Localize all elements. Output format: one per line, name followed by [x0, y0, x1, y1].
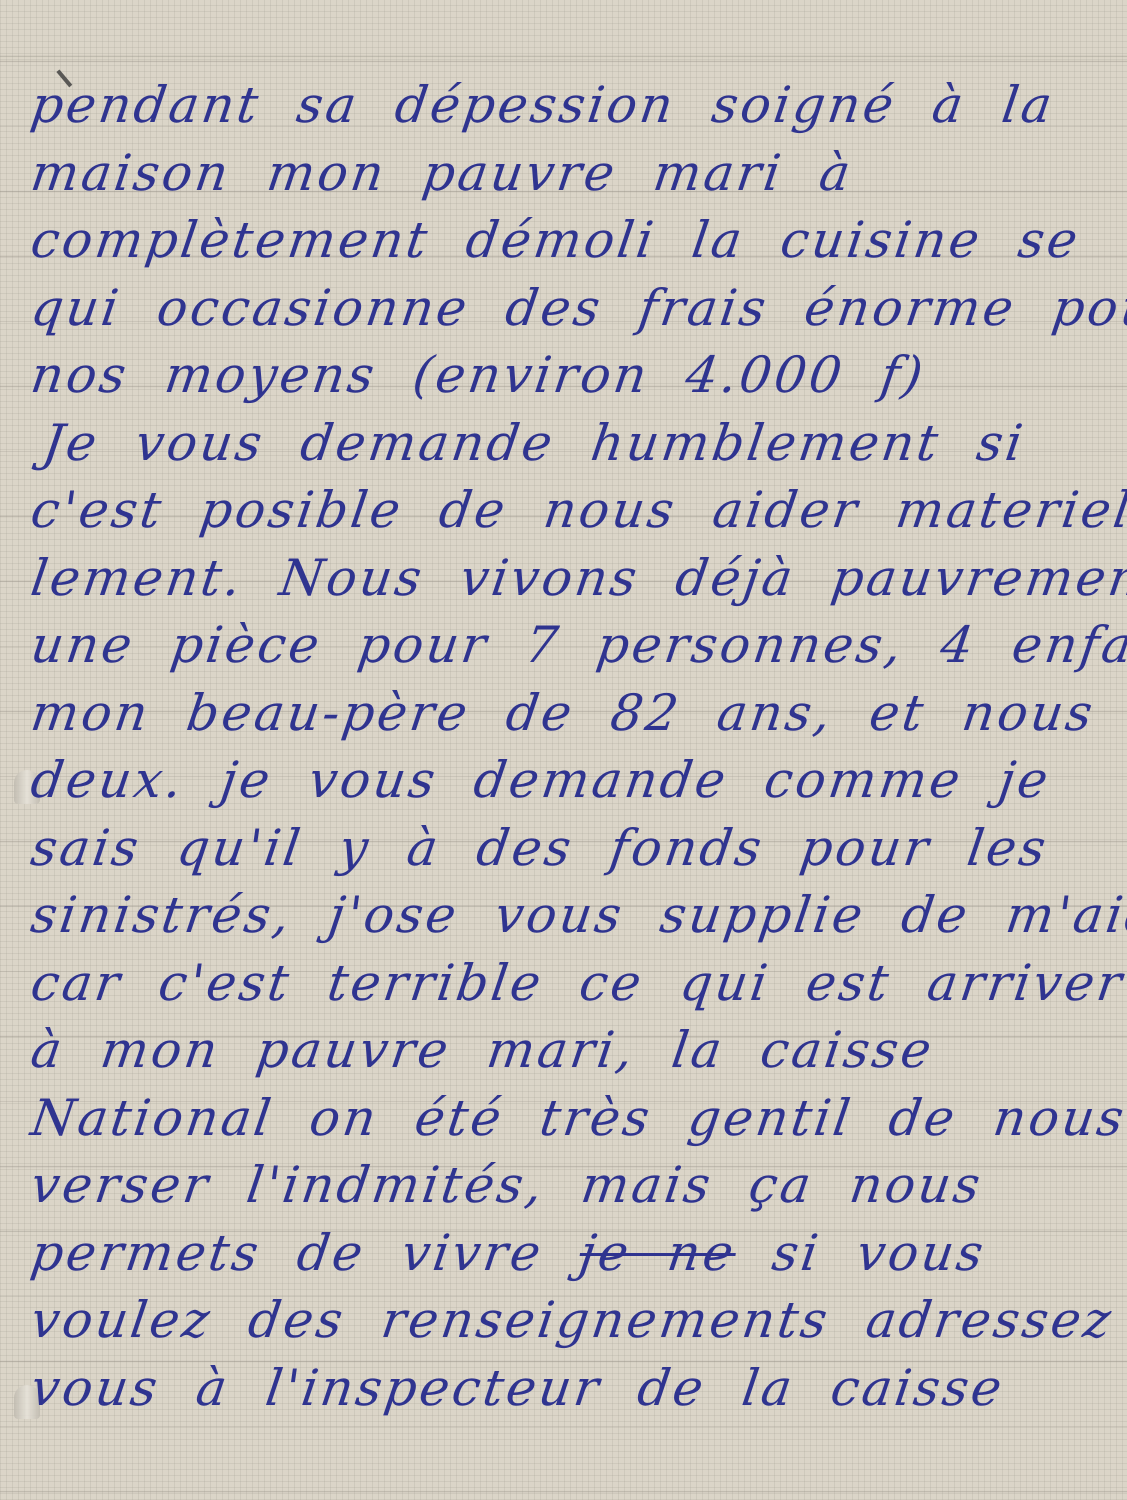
letter-line: maison mon pauvre mari à	[28, 148, 856, 198]
letter-line: Je vous demande humblement si	[40, 418, 1028, 468]
letter-line: permets de vivre je ne si vous	[28, 1228, 989, 1278]
letter-line: complètement démoli la cuisine se	[28, 215, 1083, 265]
letter-line: vous à l'inspecteur de la caisse	[28, 1363, 1008, 1413]
letter-line: à mon pauvre mari, la caisse	[28, 1025, 937, 1075]
letter-line: voulez des renseignements adressez	[28, 1295, 1117, 1345]
letter-line: sais qu'il y à des fonds pour les	[28, 823, 1052, 873]
letter-line: deux. je vous demande comme je	[28, 755, 1054, 805]
letter-page: pendant sa dépession soigné à la maison …	[0, 0, 1127, 1500]
letter-line: qui occasionne des frais énorme pour	[28, 283, 1127, 333]
letter-line: mon beau-père de 82 ans, et nous	[28, 688, 1098, 738]
line-text: permets de vivre	[27, 1224, 547, 1282]
struck-text: je ne	[576, 1224, 740, 1282]
letter-line: National on été très gentil de nous	[28, 1093, 1127, 1143]
letter-line: sinistrés, j'ose vous supplie de m'aider	[28, 890, 1127, 940]
letter-line: nos moyens (environ 4.000 f)	[28, 350, 929, 400]
letter-line: c'est posible de nous aider materiel-	[28, 485, 1127, 535]
letter-line: pendant sa dépession soigné à la	[28, 80, 1058, 130]
letter-line: lement. Nous vivons déjà pauvrement	[28, 553, 1127, 603]
letter-line: une pièce pour 7 personnes, 4 enfants	[28, 620, 1127, 670]
letter-line: verser l'indmités, mais ça nous	[28, 1160, 986, 1210]
letter-line: car c'est terrible ce qui est arriver	[28, 958, 1127, 1008]
line-text: si vous	[769, 1224, 990, 1282]
